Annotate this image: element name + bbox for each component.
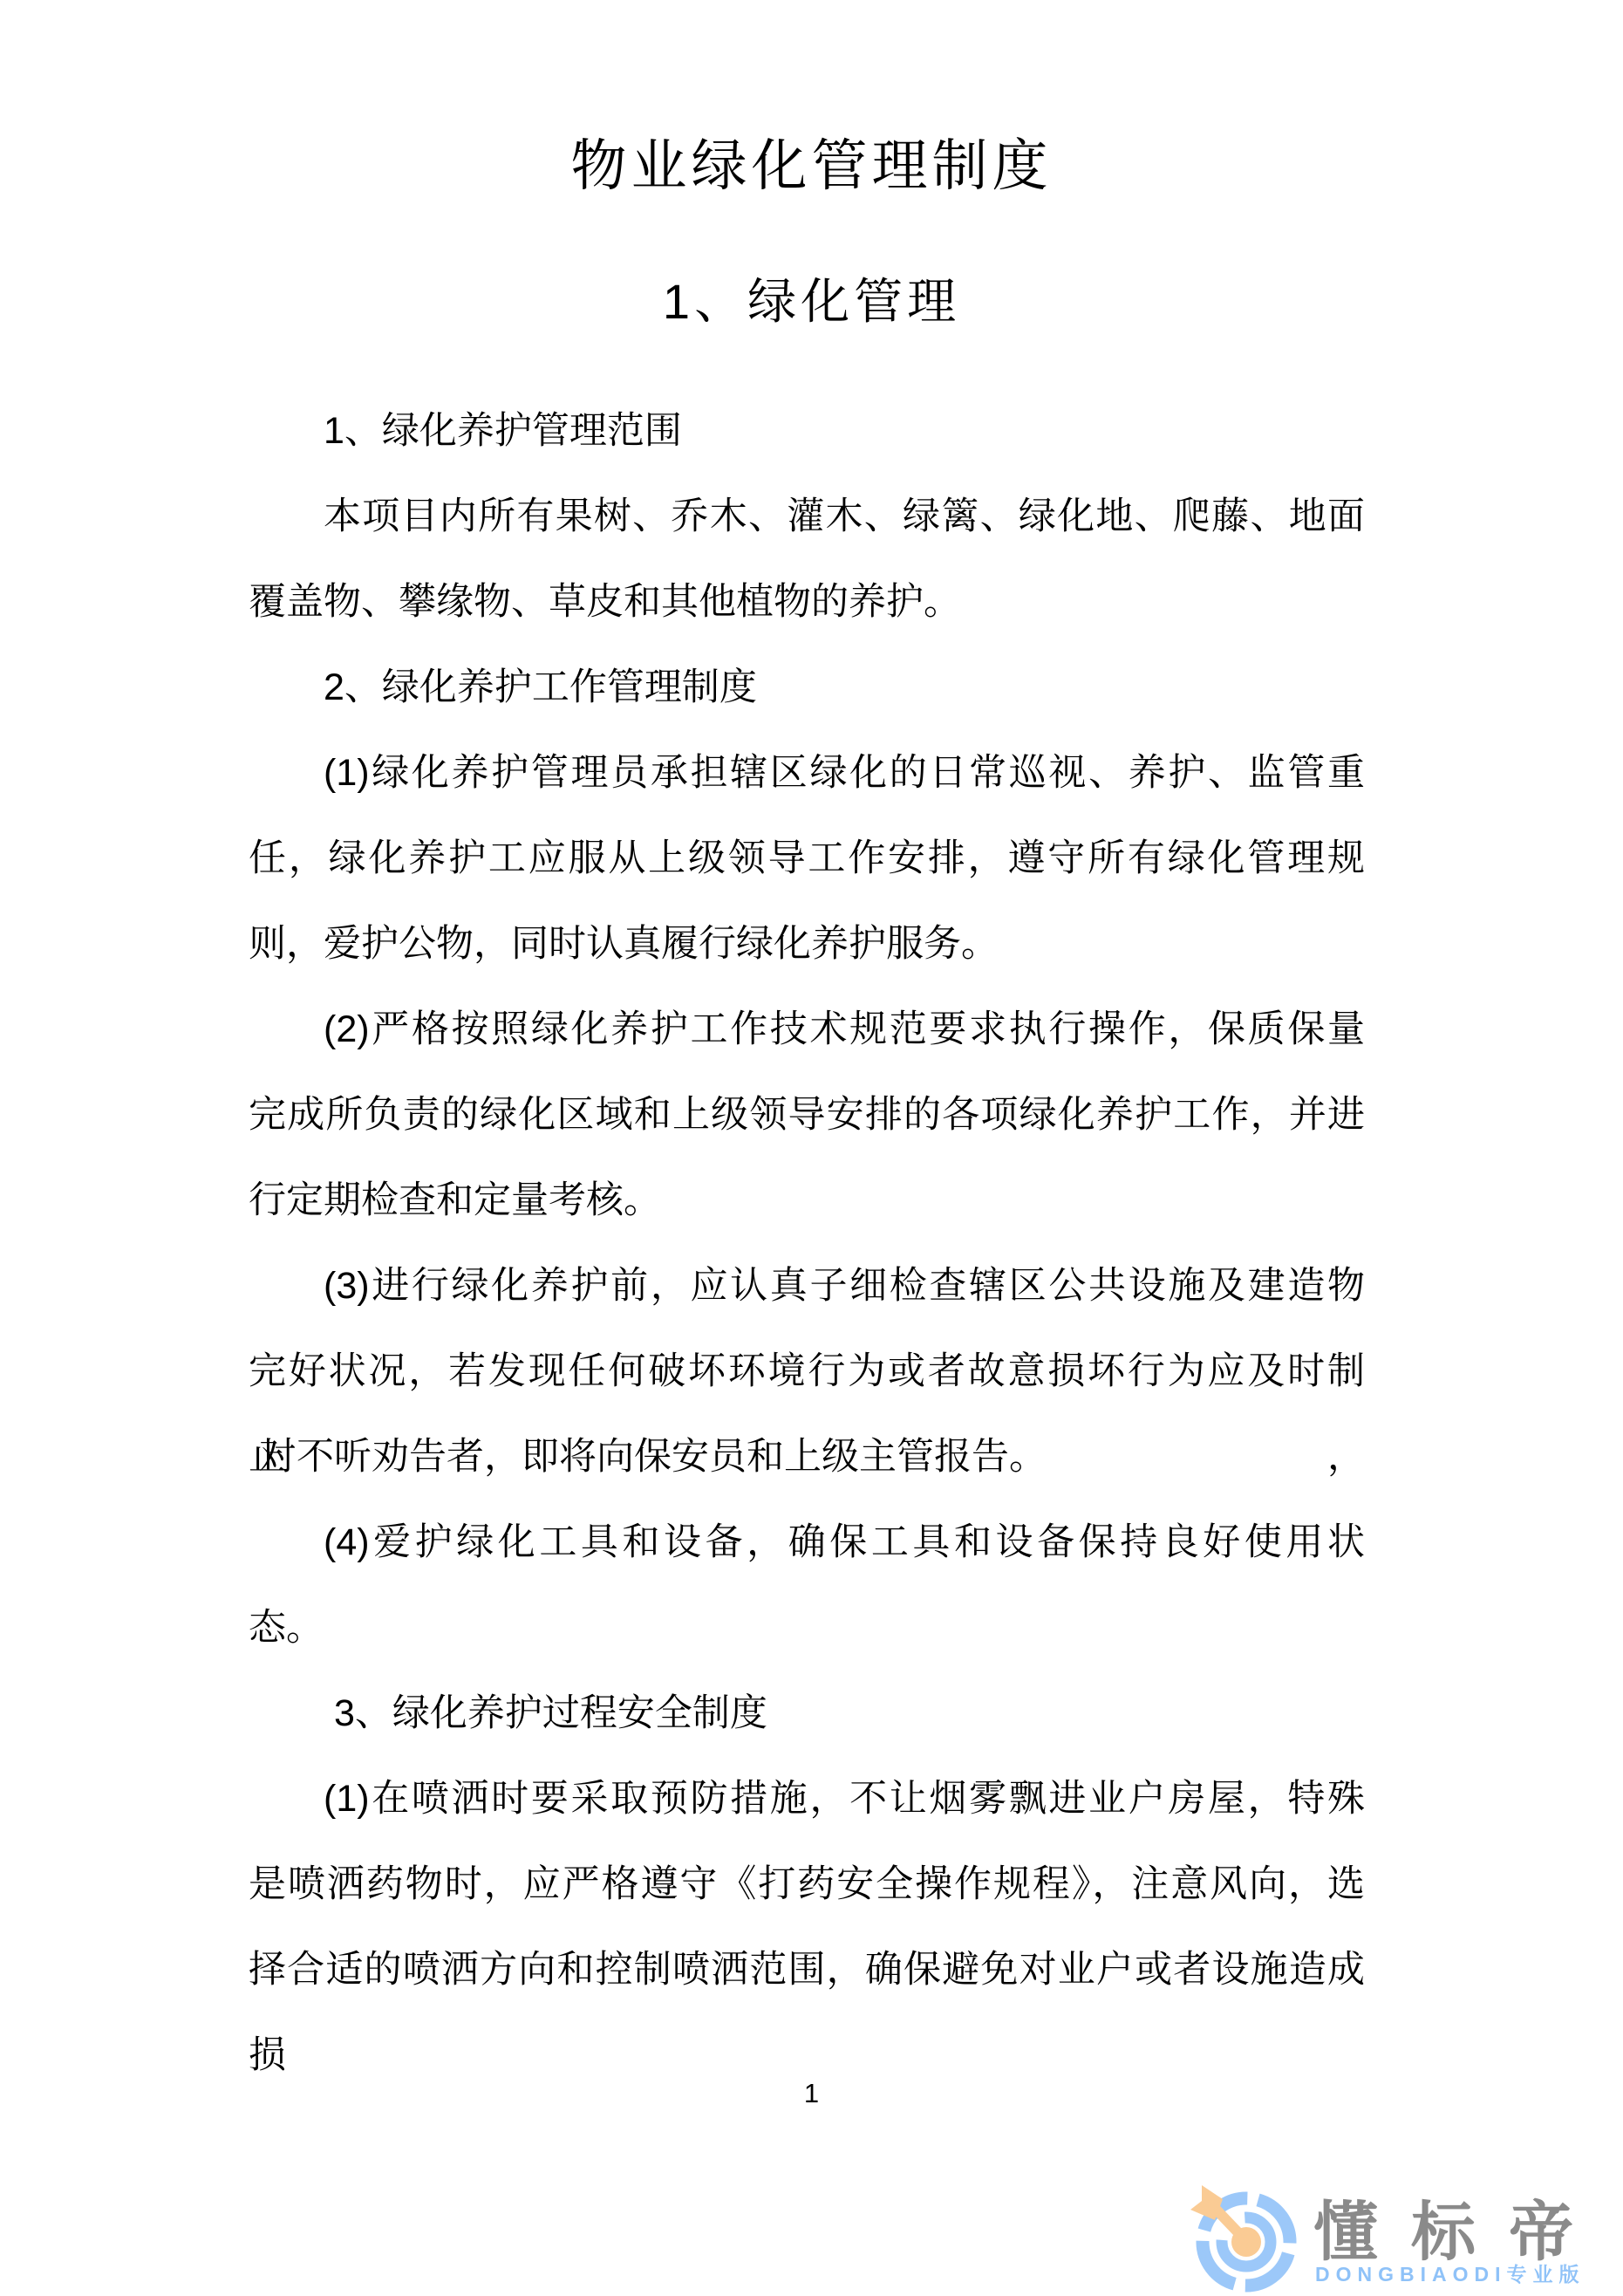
body-line: (1)在喷洒时要采取预防措施，不让烟雾飘进业户房屋，特殊 [249,1756,1365,1842]
body-line: 行定期检查和定量考核。 [249,1158,1365,1243]
body-line: 完好状况，若发现任何破坏环境行为或者故意损坏行为应及时制止， [249,1329,1365,1414]
body-line: 完成所负责的绿化区域和上级领导安排的各项绿化养护工作，并进 [249,1072,1365,1158]
body-line: (2)严格按照绿化养护工作技术规范要求执行操作，保质保量 [249,987,1365,1072]
body-line: 态。 [249,1585,1365,1671]
target-dart-icon [1188,2181,1303,2296]
body-line: (3)进行绿化养护前，应认真子细检查辖区公共设施及建造物 [249,1243,1365,1329]
body-line: 则，爱护公物，同时认真履行绿化养护服务。 [249,901,1365,987]
body-line: 1、绿化养护管理范围 [249,388,1365,474]
body-line: (4)爱护绿化工具和设备，确保工具和设备保持良好使用状 [249,1500,1365,1585]
body-line: 2、绿化养护工作管理制度 [249,645,1365,730]
body-line: 择合适的喷洒方向和控制喷洒范围，确保避免对业户或者设施造成 [249,1927,1365,2012]
document-page: 物业绿化管理制度 1、绿化管理 1、绿化养护管理范围 本项目内所有果树、乔木、灌… [0,0,1623,2296]
body-line: 3、绿化养护过程安全制度 [249,1671,1365,1756]
body-line: 任，绿化养护工应服从上级领导工作安排，遵守所有绿化管理规 [249,816,1365,901]
body-line: 覆盖物、攀缘物、草皮和其他植物的养护。 [249,559,1365,645]
section-heading: 1、绿化管理 [0,277,1623,326]
body-line: 本项目内所有果树、乔木、灌木、绿篱、绿化地、爬藤、地面 [249,474,1365,559]
brand-subtext: DONGBIAODI专业版 [1315,2265,1585,2285]
document-body: 1、绿化养护管理范围 本项目内所有果树、乔木、灌木、绿篱、绿化地、爬藤、地面 覆… [249,388,1365,2098]
body-line: 是喷洒药物时，应严格遵守《打药安全操作规程》，注意风向，选 [249,1842,1365,1927]
page-number: 1 [0,2080,1623,2107]
document-title: 物业绿化管理制度 [0,138,1623,194]
body-line: (1)绿化养护管理员承担辖区绿化的日常巡视、养护、监管重 [249,730,1365,816]
brand-name: 懂标帝 [1313,2200,1606,2265]
